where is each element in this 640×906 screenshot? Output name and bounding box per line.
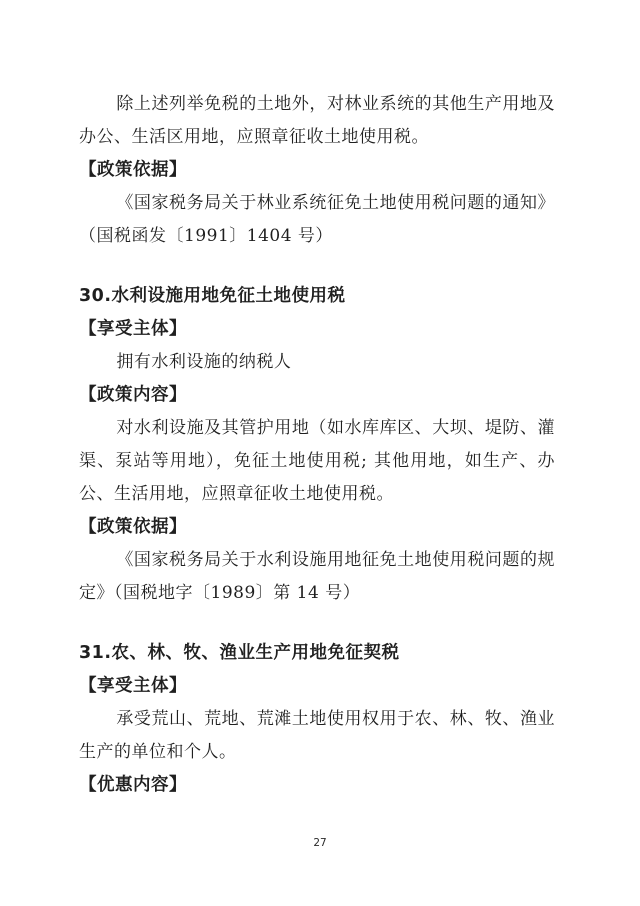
para-policy-basis-forestry: 《国家税务局关于林业系统征免土地使用税问题的通知》（国税函发〔1991〕1404… <box>79 187 555 253</box>
label-policy-content: 【政策内容】 <box>79 379 555 412</box>
page-content: 除上述列举免税的土地外，对林业系统的其他生产用地及办公、生活区用地，应照章征收土… <box>79 88 555 802</box>
heading-item-31: 31.农、林、牧、渔业生产用地免征契税 <box>79 637 555 670</box>
page-number: 27 <box>0 833 640 853</box>
label-beneficiary: 【享受主体】 <box>79 313 555 346</box>
heading-item-30: 30.水利设施用地免征土地使用税 <box>79 280 555 313</box>
para-beneficiary-agriculture: 承受荒山、荒地、荒滩土地使用权用于农、林、牧、渔业生产的单位和个人。 <box>79 703 555 769</box>
para-policy-content-water: 对水利设施及其管护用地（如水库库区、大坝、堤防、灌渠、泵站等用地），免征土地使用… <box>79 412 555 511</box>
para-forestry-other-land: 除上述列举免税的土地外，对林业系统的其他生产用地及办公、生活区用地，应照章征收土… <box>79 88 555 154</box>
para-beneficiary-water: 拥有水利设施的纳税人 <box>79 346 555 379</box>
para-policy-basis-water: 《国家税务局关于水利设施用地征免土地使用税问题的规定》（国税地字〔1989〕第 … <box>79 544 555 610</box>
label-policy-basis: 【政策依据】 <box>79 511 555 544</box>
label-preferential-content: 【优惠内容】 <box>79 769 555 802</box>
label-beneficiary: 【享受主体】 <box>79 670 555 703</box>
label-policy-basis: 【政策依据】 <box>79 154 555 187</box>
document-page: 除上述列举免税的土地外，对林业系统的其他生产用地及办公、生活区用地，应照章征收土… <box>0 0 640 906</box>
